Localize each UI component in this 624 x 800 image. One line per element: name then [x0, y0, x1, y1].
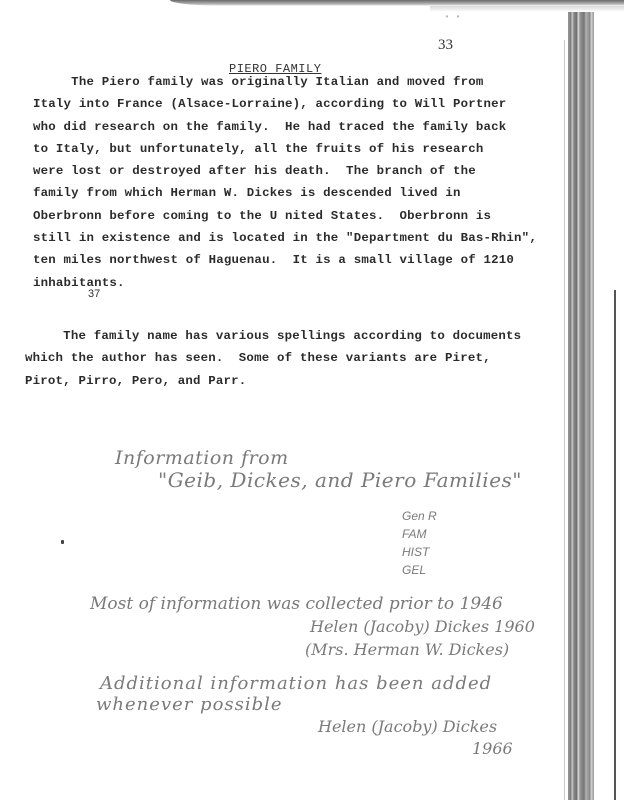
handwritten-signature-1966: Helen (Jacoby) Dickes: [318, 717, 497, 736]
scan-speck: [61, 540, 64, 544]
handwritten-signature-alias: (Mrs. Herman W. Dickes): [305, 640, 509, 659]
handwritten-additional-note-cont: whenever possible: [96, 694, 283, 715]
handwritten-source-title: "Geib, Dickes, and Piero Families": [158, 468, 522, 492]
handwritten-signature-1960: Helen (Jacoby) Dickes 1960: [310, 617, 535, 636]
handwritten-collection-note: Most of information was collected prior …: [90, 594, 503, 614]
book-binding-gutter: [568, 12, 594, 800]
paragraph-spellings: The family name has various spellings ac…: [25, 325, 521, 392]
handwritten-year-1966: 1966: [472, 739, 513, 758]
footnote-marker: 37: [88, 288, 100, 300]
paragraph-origin: The Piero family was originally Italian …: [33, 71, 537, 294]
handwritten-additional-note: Additional information has been added: [100, 673, 492, 694]
page-edge-line: [614, 290, 616, 800]
handwritten-source-intro: Information from: [115, 447, 289, 469]
binding-edge-line: [564, 40, 565, 800]
page-number: 33: [438, 37, 453, 54]
top-mark: " ": [445, 15, 462, 22]
handwritten-catalog-code: Gen R FAM HIST GEL: [402, 507, 437, 579]
scan-top-shadow-fade: [430, 6, 624, 12]
